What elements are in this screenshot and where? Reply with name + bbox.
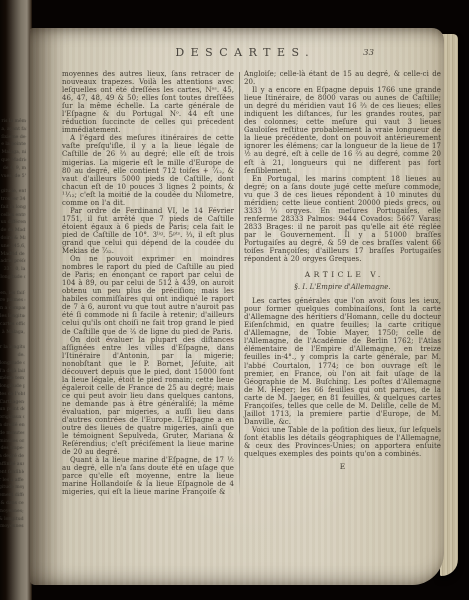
gutter-fragment: Madrid de 6° xyxy=(0,250,25,258)
right-column: Angloiſe; celle-là étant de 15 au degré,… xyxy=(244,70,441,496)
gutter-fragment: r la longitu- xyxy=(0,344,25,352)
paragraph: On doit évaluer la plupart des diſtances… xyxy=(62,336,234,457)
gutter-fragment: un point dé- xyxy=(0,406,24,414)
gutter-fragment xyxy=(0,282,25,290)
gutter-fragment: & longitude xyxy=(0,516,24,524)
book-page: DESCARTES. 33 moyennes des autres lieux,… xyxy=(30,28,444,585)
gutter-fragment: longitude plus xyxy=(0,383,25,391)
gutter-fragment: que Madrid xyxy=(1,157,26,165)
gutter-fragment: minutes on xyxy=(0,438,24,446)
scanned-book-photo: { "colors":{ "background":"#060302", "pa… xyxy=(0,0,469,600)
gutter-fragment: Malaga, ni xyxy=(1,149,26,157)
paragraph: Quant à la lieue marine d'Eſpagne, de 17… xyxy=(62,456,234,496)
facing-page-text-sliver: ris la mêmea, ayant faitſixieme de-e la … xyxy=(0,118,26,531)
paragraph: A l'égard des meſures itinéraires de cet… xyxy=(62,134,234,206)
running-header: DESCARTES. 33 xyxy=(60,46,424,60)
gutter-fragment xyxy=(1,180,26,188)
gutter-fragment: ent ſenſible- xyxy=(0,469,24,477)
signature-mark: E xyxy=(244,462,441,471)
gutter-fragment: originaux qui xyxy=(0,414,24,422)
text-columns: moyennes des autres lieux, ſans retracer… xyxy=(62,70,441,496)
paragraph: Voici une Table de la poſition des lieux… xyxy=(244,426,441,458)
paragraph: On ne pouvoit exprimer en moindres nombr… xyxy=(62,255,234,335)
gutter-fragment: les longitudes xyxy=(0,313,25,321)
gutter-fragment: Carthagene. xyxy=(0,399,24,407)
gutter-fragment: adrid préſen- xyxy=(0,258,25,266)
book-gutter: ris la mêmea, ayant faitſixieme de-e la … xyxy=(0,0,32,600)
gutter-fragment: moyennes xyxy=(0,523,24,531)
left-column: moyennes des autres lieux, ſans retracer… xyxy=(62,70,234,496)
gutter-fragment: une 345,6, xyxy=(1,243,26,251)
gutter-fragment: vues, de 5° xyxy=(1,172,26,180)
section-heading: §. I. L'Empire d'Allemagne. xyxy=(244,283,441,291)
page-number: 33 xyxy=(363,48,374,58)
gutter-fragment: moyennes; ab- xyxy=(0,508,24,516)
gutter-fragment: r les a affe- xyxy=(0,477,24,485)
paragraph: Il y a encore en Eſpagne depuis 1766 une… xyxy=(244,86,441,175)
paragraph: Angloiſe; celle-là étant de 15 au degré,… xyxy=(244,70,441,86)
gutter-fragment: cartes offici- xyxy=(0,321,25,329)
gutter-fragment: affinité aux xyxy=(0,461,24,469)
gutter-fragment: n a comparé xyxy=(0,305,25,313)
paragraph: Les cartes générales que l'on avoit ſous… xyxy=(244,297,441,426)
gutter-fragment: a degré de la xyxy=(0,453,24,461)
gutter-fragment: des trape- xyxy=(0,445,24,453)
gutter-fragment: tes de l'obſ- xyxy=(0,391,25,399)
gutter-fragment: a dreſſé en xyxy=(0,422,24,430)
paragraph: moyennes des autres lieux, ſans retracer… xyxy=(62,70,234,134)
gutter-fragment: re palmes de xyxy=(0,297,25,305)
gutter-fragment: de 4, 9, m xyxy=(1,165,26,173)
gutter-fragment: fait la longi- xyxy=(1,204,26,212)
gutter-fragment: même temps xyxy=(0,375,25,383)
gutter-fragment: 337, 0, la xyxy=(0,266,25,274)
gutter-fragment: trouver 346,6 xyxy=(1,196,26,204)
gutter-fragment: & dans ce xyxy=(0,500,24,508)
gutter-fragment: celles entre xyxy=(1,211,26,219)
gutter-fragment: e la pointe S. xyxy=(1,141,26,149)
paragraph: Par ordre de Ferdinand VI, le 14 Février… xyxy=(62,207,234,255)
gutter-fragment: longitude de xyxy=(0,274,25,282)
gutter-fragment: l'a déjà laiſ- xyxy=(0,367,25,375)
gutter-fragment: ſixieme de- xyxy=(1,134,26,142)
gutter-fragment: en, les faiſ- xyxy=(0,289,25,297)
gutter-fragment: de minutes xyxy=(0,430,24,438)
gutter-fragment: gitude, entre xyxy=(1,188,26,196)
gutter-fragment: doire & Ma- xyxy=(1,235,26,243)
gutter-fragment: gitude moy- xyxy=(0,484,24,492)
gutter-fragment: ris la même xyxy=(1,118,26,126)
gutter-fragment: à Malaga, xyxy=(0,328,25,336)
article-heading: ARTICLE V. xyxy=(244,270,441,279)
gutter-fragment: ement diffé- xyxy=(0,492,24,500)
column-divider-rule xyxy=(239,72,240,496)
gutter-fragment xyxy=(0,336,25,344)
gutter-fragment: de. xyxy=(0,352,25,360)
gutter-fragment: longitude de xyxy=(0,360,25,368)
gutter-fragment: a, ayant fait xyxy=(1,126,26,134)
gutter-fragment: ux différent xyxy=(1,219,26,227)
gutter-fragment: de de Madrid xyxy=(1,227,26,235)
paragraph: En Portugal, les marins comptent 18 lieu… xyxy=(244,175,441,264)
